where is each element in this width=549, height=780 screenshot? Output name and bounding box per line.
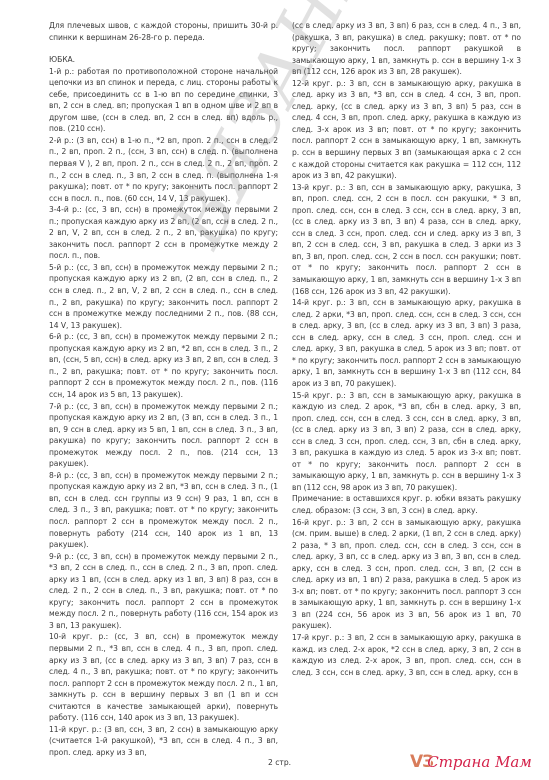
- left-text-column: Для плечевых швов, с каждой стороны, при…: [49, 20, 278, 758]
- paragraph-row-3-4: 3-4-й р.: (сс, 3 вп, ссн) в промежуток м…: [49, 204, 278, 262]
- paragraph-round-17: 17-й круг. р.: 3 вп, 2 ссн в замыкающую …: [292, 632, 521, 678]
- paragraph-row-8: 8-й р.: (сс, 3 вп, ссн) в промежуток меж…: [49, 470, 278, 551]
- paragraph-round-14: 14-й круг. р.: 3 вп, ссн в замыкающую ар…: [292, 297, 521, 389]
- page-number: 2 стр.: [268, 758, 291, 767]
- paragraph-round-16: 16-й круг. р.: 3 вп, 2 ссн в замыкающую …: [292, 517, 521, 632]
- section-heading-skirt: ЮБКА.: [49, 54, 278, 66]
- paragraph-row-6: 6-й р.: (сс, 3 вп, ссн) в промежуток меж…: [49, 331, 278, 400]
- paragraph-row-5: 5-й р.: (сс, 3 вп, ссн) в промежуток меж…: [49, 262, 278, 331]
- right-text-column: (сс в след. арку из 3 вп, 3 вп) 6 раз, с…: [292, 20, 521, 678]
- paragraph-row-1: 1-й р.: работая по противоположной сторо…: [49, 66, 278, 135]
- paragraph-round-12: 12-й круг. р.: 3 вп, ссн в замыкающую ар…: [292, 78, 521, 182]
- paragraph-round-11-cont: (сс в след. арку из 3 вп, 3 вп) 6 раз, с…: [292, 20, 521, 78]
- paragraph-round-10: 10-й круг. р.: (сс, 3 вп, ссн) в промежу…: [49, 631, 278, 723]
- paragraph-round-13: 13-й круг. р.: 3 вп, ссн в замыкающую ар…: [292, 182, 521, 297]
- paragraph-round-11: 11-й круг. р.: (3 вп, ссн, 3 вп, 2 ссн) …: [49, 724, 278, 759]
- paragraph-row-7: 7-й р.: (сс, 3 вп, ссн) в промежуток меж…: [49, 401, 278, 470]
- paragraph-shoulder-seams: Для плечевых швов, с каждой стороны, при…: [49, 20, 278, 43]
- paragraph-note: Примечание: в оставшихся круг. р. юбки в…: [292, 493, 521, 516]
- site-logo-watermark: VЗ Страна Мам: [410, 752, 532, 772]
- document-page: Для плечевых швов, с каждой стороны, при…: [0, 0, 549, 780]
- paragraph-row-2: 2-й р.: (3 вп, ссн) в 1-ю п., *2 вп, про…: [49, 135, 278, 204]
- logo-text: Страна Мам: [427, 753, 532, 771]
- paragraph-round-15: 15-й круг. р.: 3 вп, ссн в замыкающую ар…: [292, 390, 521, 494]
- paragraph-row-9: 9-й р.: (сс, 3 вп, ссн) в промежуток меж…: [49, 551, 278, 632]
